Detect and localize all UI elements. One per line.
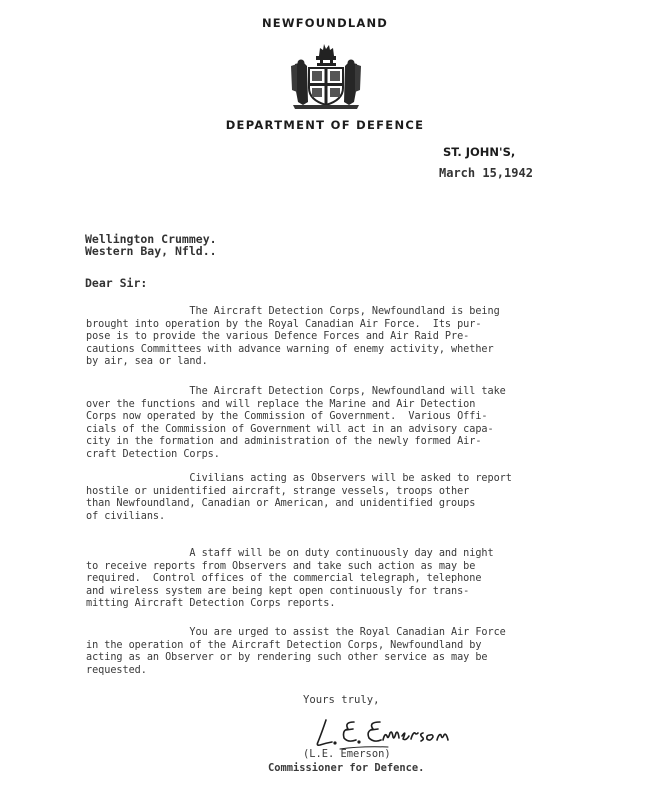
signatory-title: Commissioner for Defence.	[268, 762, 424, 774]
coat-of-arms-icon	[289, 42, 363, 110]
body-paragraph: The Aircraft Detection Corps, Newfoundla…	[86, 306, 586, 369]
body-paragraph: You are urged to assist the Royal Canadi…	[86, 627, 586, 677]
handwritten-signature-icon	[310, 716, 480, 750]
closing: Yours truly,	[303, 694, 380, 706]
body-paragraph: Civilians acting as Observers will be as…	[86, 473, 586, 523]
signatory-typed-name: (L.E. Emerson)	[303, 748, 391, 760]
letterhead-title-newfoundland: NEWFOUNDLAND	[250, 16, 400, 30]
recipient-address: Wellington Crummey. Western Bay, Nfld..	[85, 233, 217, 257]
salutation: Dear Sir:	[85, 276, 147, 290]
letterhead-department-name: DEPARTMENT OF DEFENCE	[200, 118, 450, 132]
letter-date: March 15,1942	[439, 166, 533, 180]
body-paragraph: The Aircraft Detection Corps, Newfoundla…	[86, 386, 586, 462]
letterhead-place: ST. JOHN'S,	[443, 145, 515, 159]
recipient-location: Western Bay, Nfld..	[85, 245, 217, 257]
body-paragraph: A staff will be on duty continuously day…	[86, 548, 586, 611]
